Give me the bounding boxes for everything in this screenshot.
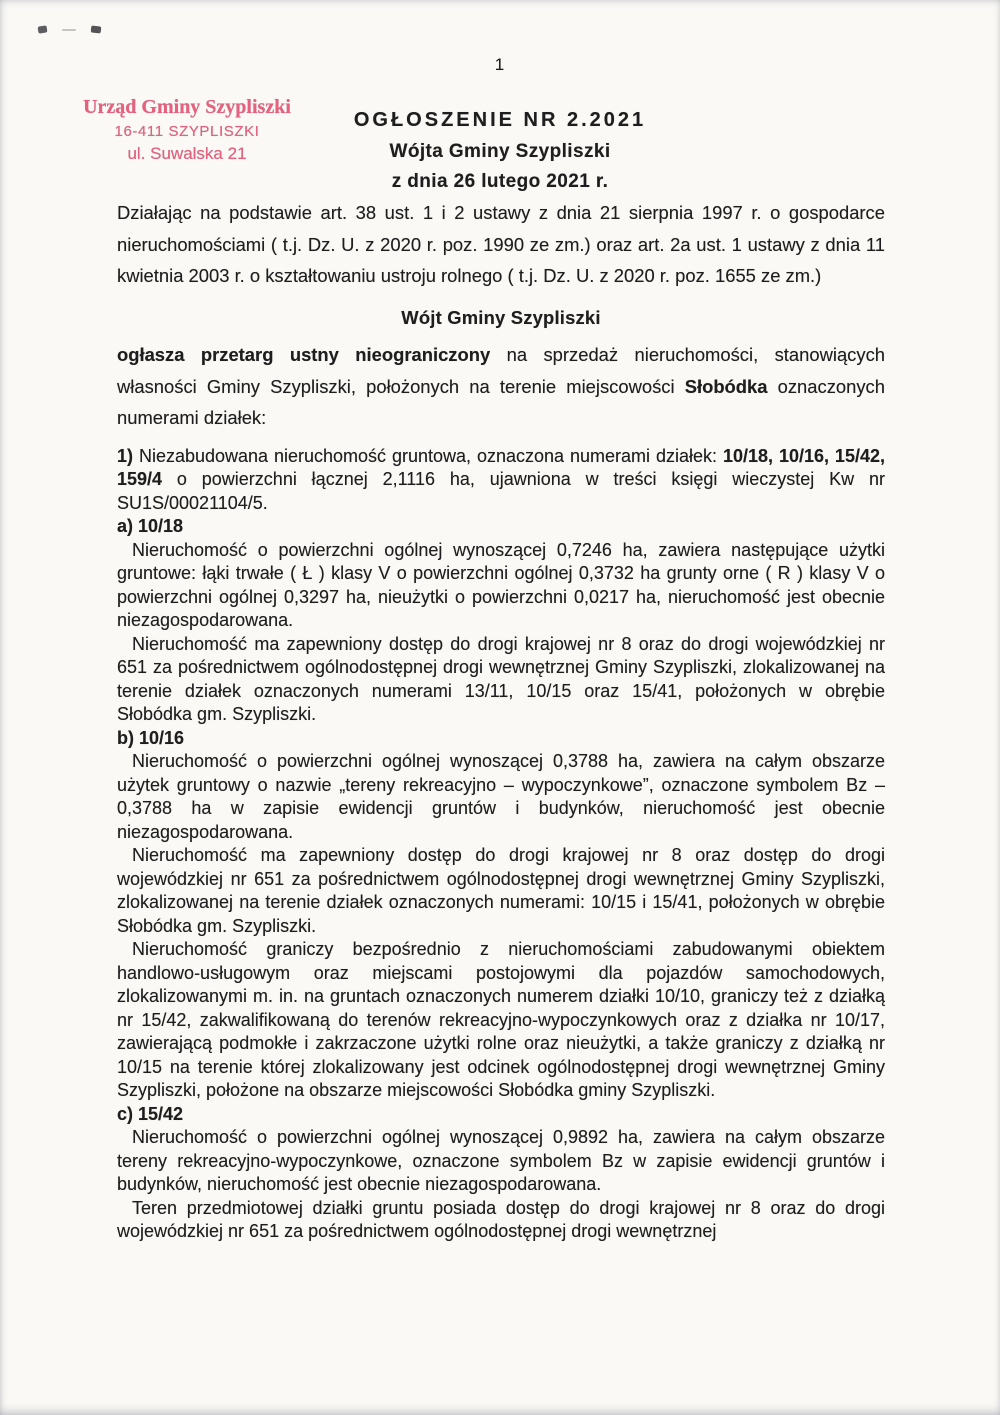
scan-artifact [91, 25, 102, 33]
document-body: Działając na podstawie art. 38 ust. 1 i … [117, 197, 885, 1244]
item-1-text: Niezabudowana nieruchomość gruntowa, ozn… [139, 446, 723, 466]
document-issuer: Wójta Gminy Szypliszki [0, 141, 1000, 163]
section-c-paragraph: Nieruchomość o powierzchni ogólnej wynos… [117, 1126, 885, 1197]
section-b-heading: b) 10/16 [117, 727, 885, 751]
document-title: OGŁOSZENIE NR 2.2021 [0, 109, 1000, 132]
section-b-10-16: b) 10/16 Nieruchomość o powierzchni ogól… [117, 727, 885, 1103]
page-number: 1 [0, 55, 1000, 75]
section-a-10-18: a) 10/18 Nieruchomość o powierzchni ogól… [117, 515, 885, 727]
section-b-paragraph: Nieruchomość o powierzchni ogólnej wynos… [117, 750, 885, 844]
document-header: OGŁOSZENIE NR 2.2021 Wójta Gminy Szyplis… [0, 109, 1000, 193]
item-1-number: 1) [117, 446, 139, 466]
section-c-heading: c) 15/42 [117, 1103, 885, 1127]
section-c-15-42: c) 15/42 Nieruchomość o powierzchni ogól… [117, 1103, 885, 1244]
section-c-paragraph: Teren przedmiotowej działki gruntu posia… [117, 1197, 885, 1244]
section-a-paragraph: Nieruchomość o powierzchni ogólnej wynos… [117, 539, 885, 633]
section-a-heading: a) 10/18 [117, 515, 885, 539]
item-1-paragraph: 1) Niezabudowana nieruchomość gruntowa, … [117, 445, 885, 516]
item-1-text-tail: o powierzchni łącznej 2,1116 ha, ujawnio… [117, 469, 885, 513]
announcement-locality: Słobódka [685, 376, 768, 397]
document-page: 1 Urząd Gminy Szypliszki 16-411 SZYPLISZ… [0, 0, 1000, 1415]
legal-basis-paragraph: Działając na podstawie art. 38 ust. 1 i … [117, 197, 885, 292]
issuer-heading: Wójt Gminy Szypliszki [117, 302, 885, 334]
announcement-paragraph: ogłasza przetarg ustny nieograniczony na… [117, 339, 885, 434]
scan-artifact [38, 25, 48, 33]
announcement-bold-lead: ogłasza przetarg ustny nieograniczony [117, 344, 490, 365]
section-b-paragraph: Nieruchomość ma zapewniony dostęp do dro… [117, 844, 885, 938]
section-b-paragraph: Nieruchomość graniczy bezpośrednio z nie… [117, 938, 885, 1103]
section-a-paragraph: Nieruchomość ma zapewniony dostęp do dro… [117, 633, 885, 727]
document-date: z dnia 26 lutego 2021 r. [0, 171, 1000, 193]
scan-artifact [62, 29, 76, 31]
